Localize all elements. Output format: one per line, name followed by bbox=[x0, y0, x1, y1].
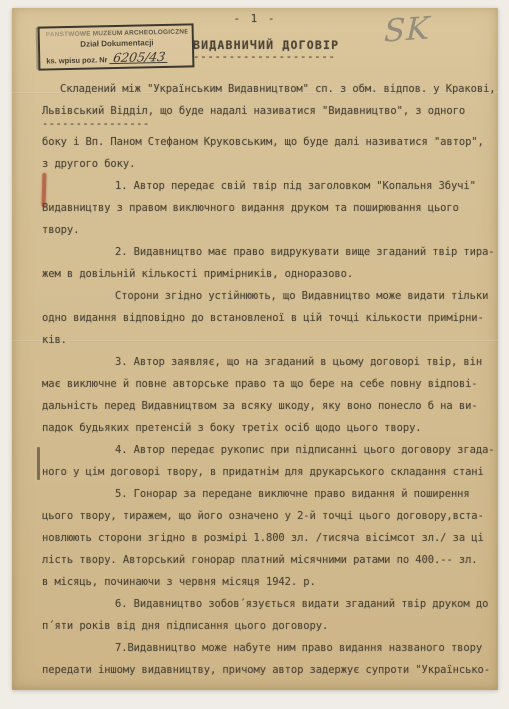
document-line: 7.Видавництво може набуте ним право вида… bbox=[42, 637, 496, 659]
handwritten-initials: SK bbox=[383, 10, 431, 49]
document-line: цього твору, тиражем, що його означено у… bbox=[42, 505, 496, 527]
document-line: п´яти років від дня підписання цього дог… bbox=[42, 615, 496, 637]
document-line: має виключне й повне авторське право та … bbox=[42, 373, 496, 395]
document-line: передати іншому видавництву, причому авт… bbox=[42, 659, 496, 681]
document-line: 6. Видавництво зобов´язується видати зга… bbox=[42, 593, 496, 615]
document-line: в місяць, починаючи з червня місяця 1942… bbox=[42, 571, 496, 593]
scanned-document-page: - 1 - PAŃSTWOWE MUZEUM ARCHEOLOGICZNE Dz… bbox=[12, 8, 498, 690]
document-line: жем в довільній кількості примірників, о… bbox=[42, 263, 496, 285]
document-line: 4. Автор передає рукопис при підписанні … bbox=[42, 439, 496, 461]
document-line: дальність перед Видавництвом за всяку шк… bbox=[42, 395, 496, 417]
document-line: з другого боку. bbox=[42, 153, 496, 175]
document-line: Складений між "Українським Видавництвом"… bbox=[42, 78, 496, 100]
stamp-entry-label: ks. wpisu poz. Nr bbox=[46, 55, 107, 65]
document-line: падок будьяких претенсій з боку третіх о… bbox=[42, 417, 496, 439]
document-line: ків. bbox=[42, 329, 496, 351]
document-line: 5. Гонорар за передане виключне право ви… bbox=[42, 483, 496, 505]
stamp-entry-number-handwritten: 6205/43 bbox=[110, 51, 170, 64]
pencil-margin-mark bbox=[37, 447, 40, 480]
document-line: Видавництву з правом виключного видання … bbox=[42, 197, 496, 219]
document-line: одно видання відповідно до встановленої … bbox=[42, 307, 496, 329]
document-line: лість твору. Авторський гонорар платний … bbox=[42, 549, 496, 571]
stamp-entry-line: ks. wpisu poz. Nr6205/43 bbox=[46, 50, 188, 65]
title-underline-dashes: -------------------- bbox=[193, 53, 339, 61]
typed-underline-dashes: ---------------- bbox=[42, 122, 496, 131]
document-line: боку і Вп. Паном Стефаном Круковським, щ… bbox=[42, 131, 496, 153]
document-line: новлюють сторони згідно в розмірі 1.800 … bbox=[42, 527, 496, 549]
stamp-department: Dział Dokumentacji bbox=[46, 37, 188, 49]
document-line: 2. Видавництво має право видрукувати вищ… bbox=[42, 241, 496, 263]
document-line: Львівський Відділ, що буде надалі назива… bbox=[42, 100, 496, 122]
document-line: 3. Автор заявляє, що на згаданий в цьому… bbox=[42, 351, 496, 373]
document-line: 1. Автор передає свій твір під заголовко… bbox=[42, 175, 496, 197]
document-title-block: ВИДАВНИЧИЙ ДОГОВІР -------------------- bbox=[193, 38, 339, 61]
document-body: Складений між "Українським Видавництвом"… bbox=[42, 78, 496, 681]
document-line: твору. bbox=[42, 219, 496, 241]
archive-stamp: PAŃSTWOWE MUZEUM ARCHEOLOGICZNE Dział Do… bbox=[38, 23, 195, 70]
document-line: ного у цім договорі твору, в придатнім д… bbox=[42, 461, 496, 483]
document-line: Сторони згідно устійнюють, що Видавництв… bbox=[42, 285, 496, 307]
